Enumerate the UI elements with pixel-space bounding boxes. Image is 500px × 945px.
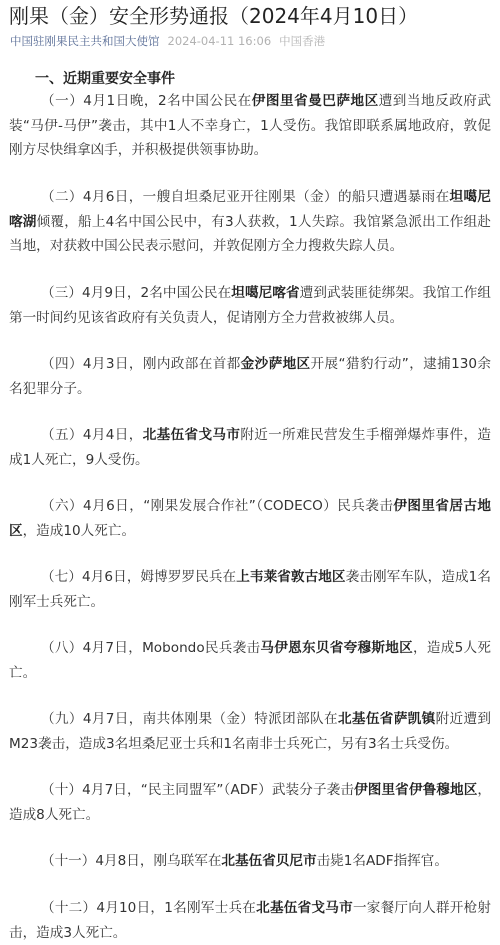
list-item: （八）4月7日，Mobondo民兵袭击马伊恩东贝省夸穆斯地区，造成5人死亡。 — [9, 636, 491, 685]
list-item: （七）4月6日，姆博罗罗民兵在上韦莱省敦古地区袭击刚军车队，造成1名刚军士兵死亡… — [9, 565, 491, 614]
list-item: （四）4月3日，刚内政部在首都金沙萨地区开展“猎豹行动”，逮捕130余名犯罪分子… — [9, 352, 491, 401]
list-item: （九）4月7日，南共体刚果（金）特派团部队在北基伍省萨凯镇附近遭到M23袭击，造… — [9, 707, 491, 753]
list-item: （二）4月6日，一艘自坦桑尼亚开往刚果（金）的船只遭遇暴雨在坦噶尼喀湖倾覆，船上… — [9, 185, 491, 259]
article-meta: 中国驻刚果民主共和国大使馆2024-04-11 16:06中国香港 — [10, 33, 333, 49]
publish-time: 2024-04-11 16:06 — [168, 34, 272, 48]
account-name-link[interactable]: 中国驻刚果民主共和国大使馆 — [10, 34, 160, 48]
list-item: （一）4月1日晚，2名中国公民在伊图里省曼巴萨地区遭到当地反政府武装“马伊-马伊… — [9, 89, 491, 163]
list-item: （六）4月6日，“刚果发展合作社”（CODECO）民兵袭击伊图里省居古地区，造成… — [9, 494, 491, 543]
article-title: 刚果（金）安全形势通报（2024年4月10日） — [9, 2, 418, 30]
list-item: （五）4月4日，北基伍省戈马市附近一所难民营发生手榴弹爆炸事件，造成1人死亡，9… — [9, 423, 491, 472]
publish-location: 中国香港 — [279, 34, 325, 48]
list-item: （三）4月9日，2名中国公民在坦噶尼喀省遭到武装匪徒绑架。我馆工作组第一时间约见… — [9, 281, 491, 330]
section-title: 一、近期重要安全事件 — [35, 68, 175, 90]
